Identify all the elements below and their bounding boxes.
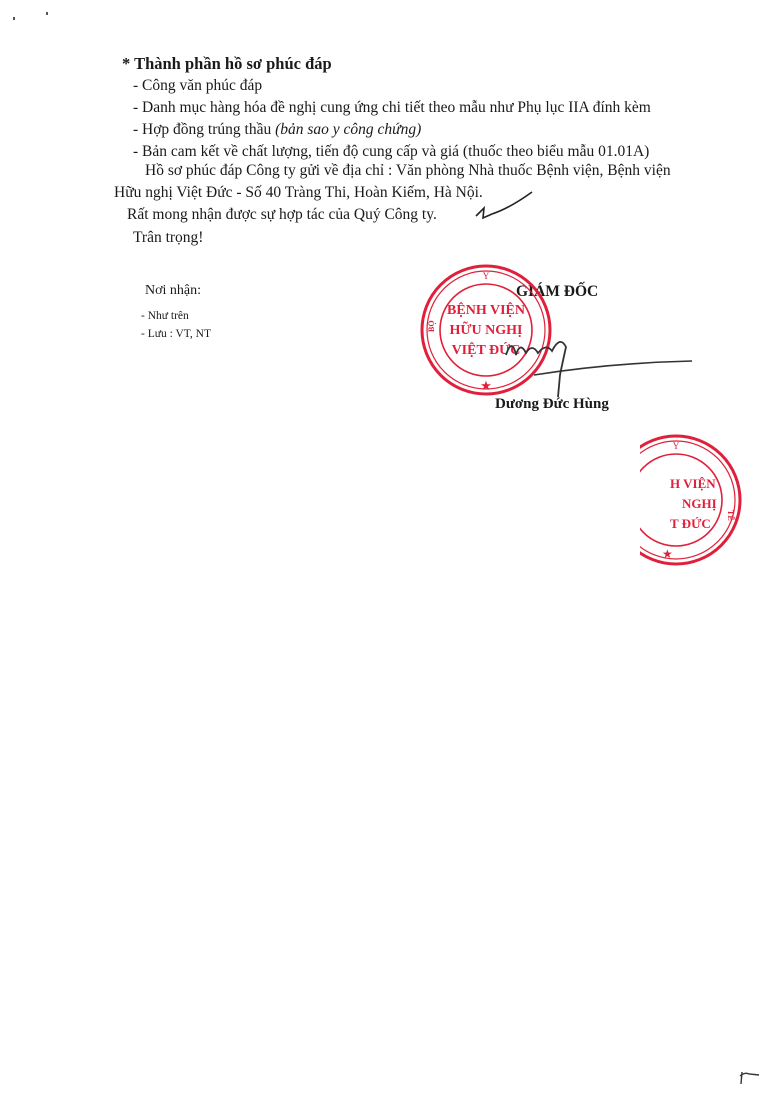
closing-line: Rất mong nhận được sự hợp tác của Quý Cô… bbox=[127, 206, 437, 224]
svg-text:Y: Y bbox=[483, 271, 490, 281]
list-item-note: (bản sao y công chứng) bbox=[275, 121, 421, 138]
svg-text:NGHỊ: NGHỊ bbox=[682, 496, 717, 511]
list-item: - Công văn phúc đáp bbox=[133, 77, 262, 95]
list-item-text: - Bản cam kết về chất lượng, tiến độ cun… bbox=[133, 143, 649, 160]
signature-icon bbox=[500, 325, 700, 400]
list-item: - Danh mục hàng hóa đề nghị cung ứng chi… bbox=[133, 99, 651, 117]
list-item: - Bản cam kết về chất lượng, tiến độ cun… bbox=[133, 143, 649, 161]
svg-text:H VIỆN: H VIỆN bbox=[670, 476, 716, 491]
svg-text:BỘ: BỘ bbox=[427, 320, 436, 332]
svg-text:T ĐỨC: T ĐỨC bbox=[670, 516, 711, 531]
recipients-label: Nơi nhận: bbox=[145, 283, 201, 299]
svg-text:★: ★ bbox=[480, 379, 492, 394]
initials-mark-icon bbox=[735, 1068, 765, 1088]
recipient-item: - Như trên bbox=[141, 310, 189, 322]
recipient-item: - Lưu : VT, NT bbox=[141, 328, 211, 340]
list-item-text: - Công văn phúc đáp bbox=[133, 77, 262, 94]
address-paragraph-line2: Hữu nghị Việt Đức - Số 40 Tràng Thi, Hoà… bbox=[114, 184, 483, 202]
scan-speck bbox=[46, 12, 48, 15]
list-item-text: - Hợp đồng trúng thầu bbox=[133, 121, 275, 138]
svg-text:BỆNH VIỆN: BỆNH VIỆN bbox=[447, 301, 525, 318]
address-paragraph-line1: Hồ sơ phúc đáp Công ty gửi về địa chỉ : … bbox=[145, 162, 671, 180]
section-heading: * Thành phần hồ sơ phúc đáp bbox=[122, 54, 332, 74]
scan-speck bbox=[13, 17, 15, 20]
list-item: - Hợp đồng trúng thầu (bản sao y công ch… bbox=[133, 121, 421, 139]
partial-seal-icon: Y ★ TẾ H VIỆN NGHỊ T ĐỨC bbox=[640, 432, 773, 570]
check-mark-icon bbox=[470, 190, 540, 225]
list-item-text: - Danh mục hàng hóa đề nghị cung ứng chi… bbox=[133, 99, 651, 116]
svg-text:Y: Y bbox=[673, 441, 680, 451]
svg-text:TẾ: TẾ bbox=[726, 510, 736, 521]
closing-greeting: Trân trọng! bbox=[133, 229, 203, 247]
svg-text:★: ★ bbox=[662, 547, 673, 561]
signer-name: Dương Đức Hùng bbox=[495, 396, 609, 413]
